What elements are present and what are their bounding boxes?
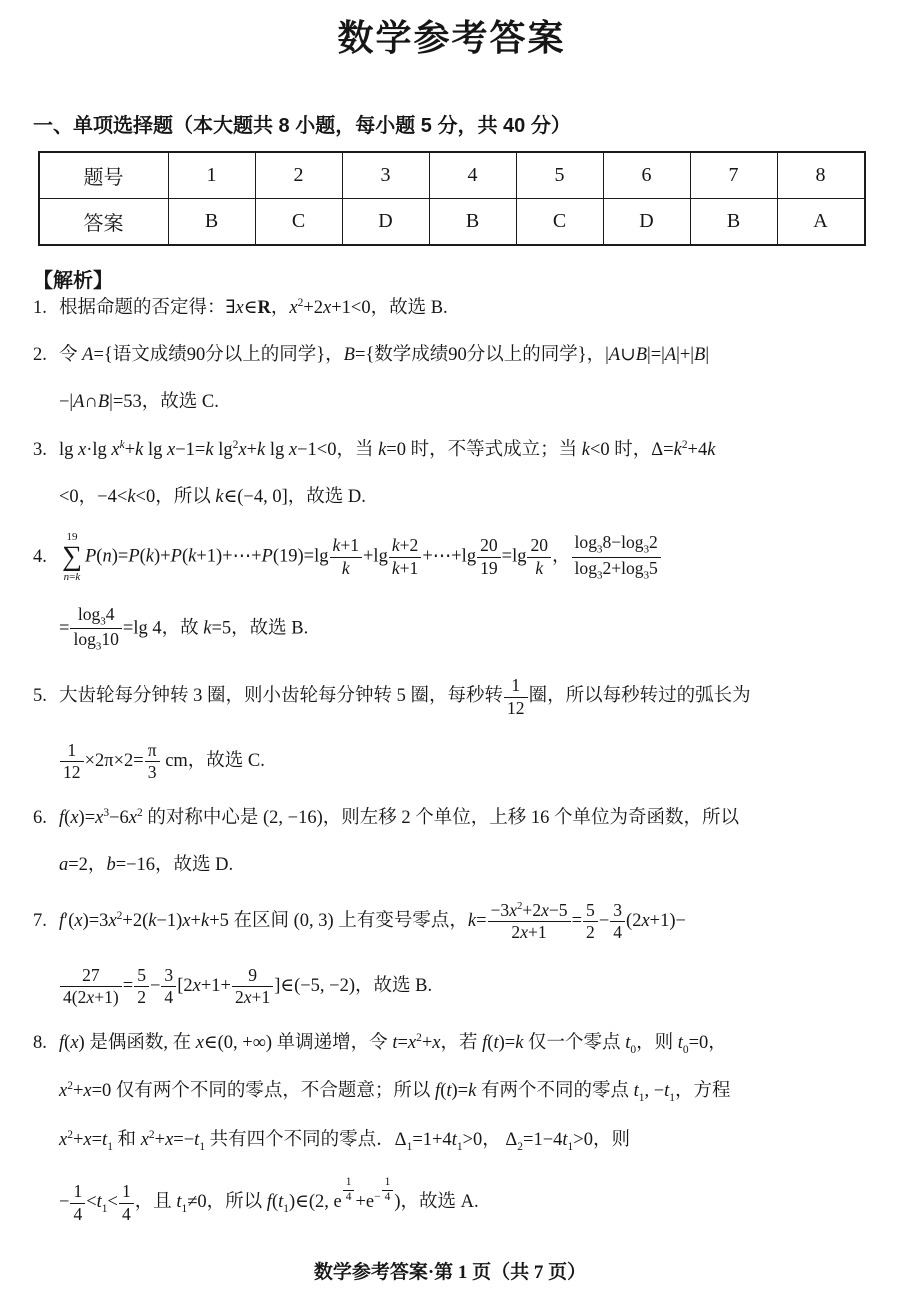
analysis-item-8-line-2: x2+x=0 仅有两个不同的零点，不合题意；所以 f(t)=k 有两个不同的零点… — [59, 1078, 870, 1106]
analysis-item-8: 8.f(x) 是偶函数, 在 x∈(0, +∞) 单调递增，令 t=x2+x，若… — [33, 1030, 870, 1226]
analysis-item-5: 5.大齿轮每分钟转 3 圈，则小齿轮每分钟转 5 圈，每秒转112圈，所以每秒转… — [33, 675, 870, 784]
item-number: 2. — [33, 343, 59, 369]
analysis-item-4-line-2: =log34log310=lg 4，故 k=5，故选 B. — [59, 604, 870, 655]
analysis-item-2-line-2: −|A∩B|=53，故选 C. — [59, 390, 870, 416]
page-title: 数学参考答案 — [33, 16, 870, 59]
item-number: 8. — [33, 1031, 59, 1057]
item-number: 4. — [33, 545, 59, 571]
answer-label: 答案 — [39, 199, 169, 246]
analysis-item-3: 3.lg x·lg xk+k lg x−1=k lg2x+k lg x−1<0，… — [33, 437, 870, 511]
answer-cell-2: C — [255, 199, 342, 246]
answer-cell-3: D — [342, 199, 429, 246]
item-number: 3. — [33, 438, 59, 464]
question-number-cell-8: 8 — [777, 152, 865, 199]
analysis-item-8-line-3: x2+x=t1 和 x2+x=−t1 共有四个不同的零点．Δ1=1+4t1>0，… — [59, 1127, 870, 1155]
answer-cell-4: B — [429, 199, 516, 246]
analysis-item-6: 6.f(x)=x3−6x2 的对称中心是 (2, −16)，则左移 2 个单位，… — [33, 805, 870, 879]
item-number: 5. — [33, 684, 59, 710]
question-number-cell-2: 2 — [255, 152, 342, 199]
analysis-item-6-line-1: 6.f(x)=x3−6x2 的对称中心是 (2, −16)，则左移 2 个单位，… — [33, 805, 870, 832]
answer-cell-1: B — [168, 199, 255, 246]
analysis-item-7-line-1: 7.f′(x)=3x2+2(k−1)x+k+5 在区间 (0, 3) 上有变号零… — [33, 900, 870, 944]
answer-cell-7: B — [690, 199, 777, 246]
question-number-cell-7: 7 — [690, 152, 777, 199]
analysis-item-8-line-1: 8.f(x) 是偶函数, 在 x∈(0, +∞) 单调递增，令 t=x2+x，若… — [33, 1030, 870, 1058]
document-page: 数学参考答案 一、单项选择题（本大题共 8 小题，每小题 5 分，共 40 分）… — [0, 0, 900, 1300]
item-number: 1. — [33, 296, 59, 322]
analysis-item-2-line-1: 2.令 A={语文成绩90分以上的同学}，B={数学成绩90分以上的同学}，|A… — [33, 343, 870, 369]
analysis-item-3-line-1: 3.lg x·lg xk+k lg x−1=k lg2x+k lg x−1<0，… — [33, 437, 870, 464]
analysis-item-4-line-1: 4.19∑n=kP(n)=P(k)+P(k+1)+⋯+P(19)=lgk+1k+… — [33, 532, 870, 583]
analysis-item-8-line-4: −14<t1<14，且 t1≠0，所以 f(t1)∈(2, e14+e−14)，… — [59, 1176, 870, 1225]
answer-row: 答案 BCDBCDBA — [39, 199, 865, 246]
question-number-cell-1: 1 — [168, 152, 255, 199]
analysis-item-7-line-2: 274(2x+1)=52−34[2x+1+92x+1]∈(−5, −2)，故选 … — [59, 965, 870, 1009]
question-number-cell-3: 3 — [342, 152, 429, 199]
question-number-label: 题号 — [39, 152, 169, 199]
analysis-item-4: 4.19∑n=kP(n)=P(k)+P(k+1)+⋯+P(19)=lgk+1k+… — [33, 532, 870, 654]
question-number-cell-6: 6 — [603, 152, 690, 199]
page-footer: 数学参考答案·第 1 页（共 7 页） — [0, 1257, 900, 1284]
analysis-item-2: 2.令 A={语文成绩90分以上的同学}，B={数学成绩90分以上的同学}，|A… — [33, 343, 870, 416]
question-number-cell-4: 4 — [429, 152, 516, 199]
section-heading: 一、单项选择题（本大题共 8 小题，每小题 5 分，共 40 分） — [33, 109, 870, 138]
analysis-item-5-line-1: 5.大齿轮每分钟转 3 圈，则小齿轮每分钟转 5 圈，每秒转112圈，所以每秒转… — [33, 675, 870, 719]
analysis-item-6-line-2: a=2，b=−16，故选 D. — [59, 853, 870, 879]
answer-table: 题号 12345678 答案 BCDBCDBA — [38, 151, 866, 246]
item-number: 6. — [33, 806, 59, 832]
answer-cell-5: C — [516, 199, 603, 246]
analysis-item-1: 1.根据命题的否定得：∃x∈R，x2+2x+1<0，故选 B. — [33, 295, 870, 322]
answer-cell-6: D — [603, 199, 690, 246]
analysis-label: 【解析】 — [33, 264, 870, 293]
item-number: 7. — [33, 909, 59, 935]
question-number-row: 题号 12345678 — [39, 152, 865, 199]
analysis-item-7: 7.f′(x)=3x2+2(k−1)x+k+5 在区间 (0, 3) 上有变号零… — [33, 900, 870, 1009]
answer-cell-8: A — [777, 199, 865, 246]
analysis-item-5-line-2: 112×2π×2=π3 cm，故选 C. — [59, 740, 870, 784]
question-number-cell-5: 5 — [516, 152, 603, 199]
analysis-list: 1.根据命题的否定得：∃x∈R，x2+2x+1<0，故选 B.2.令 A={语文… — [33, 295, 870, 1225]
analysis-item-3-line-2: <0，−4<k<0，所以 k∈(−4, 0]，故选 D. — [59, 485, 870, 511]
analysis-item-1-line-1: 1.根据命题的否定得：∃x∈R，x2+2x+1<0，故选 B. — [33, 295, 870, 322]
